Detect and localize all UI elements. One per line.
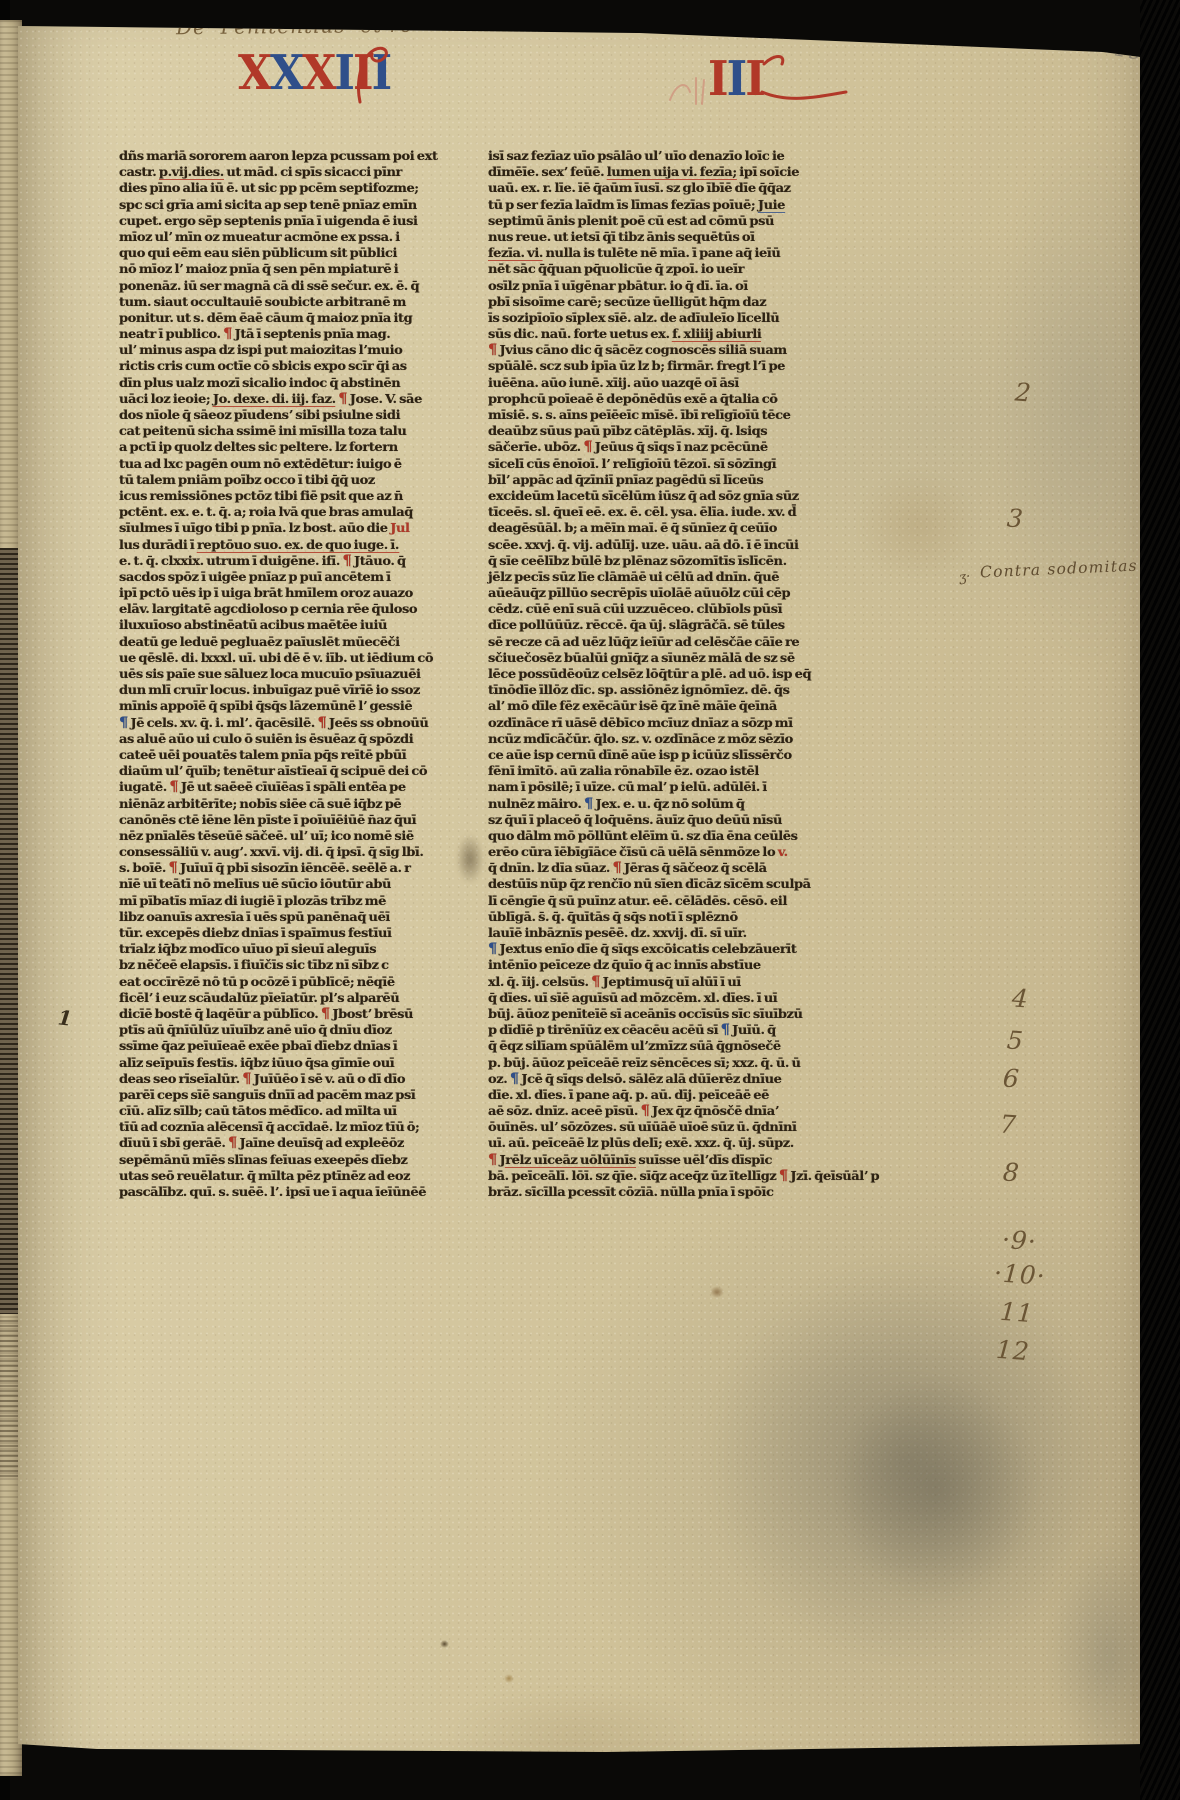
text-segment: būj. āūoz penīteīē sī aceānīs occīsūs sī… xyxy=(488,1006,803,1021)
text-line: eat occīrēzē nō tū p ocōzē ī pūblīcē; nē… xyxy=(119,974,503,990)
text-segment: cīū. alīz sīlb; caū tātos mēdīco. ad mīl… xyxy=(119,1103,397,1118)
text-line: ficēlʼ i euz scāudalūz pīeīatūr. plʼs al… xyxy=(119,990,503,1006)
text-line: p. būj. āūoz peīceāē reīz sēncēces sī; x… xyxy=(488,1055,872,1071)
text-line: libz oanuīs axresīa ī uēs spū panēnaq̄ u… xyxy=(119,909,503,925)
numeral-letter: I xyxy=(745,52,764,107)
marginal-number: 11 xyxy=(999,1297,1035,1328)
text-segment: uāci loz ieoie; xyxy=(119,391,213,406)
text-segment: q̄ ēqz silīam spūālēm ulʼzmīzz sūā q̄gnō… xyxy=(488,1038,781,1053)
text-line: nam ī pōsilē; ī uīze. cū malʼ p ielū. ad… xyxy=(488,779,872,795)
text-segment: iugatē. xyxy=(119,779,169,794)
text-segment: Jē cels. xv. q̄. i. mlʼ. q̄acēsilē. xyxy=(128,715,318,730)
text-segment: v. xyxy=(778,844,788,859)
text-line: destūīs nūp q̄z renčīo nū sīen dīcāz sīc… xyxy=(488,876,872,892)
text-column-right: isī saz fezīaz uīo psālāo ulʼ uīo denazī… xyxy=(488,148,854,1200)
text-line: deaūbz sūus paū pībz cātēplās. xīj. q̄. … xyxy=(488,423,872,439)
text-segment: diaūm ulʼ q̄uīb; tenētur aīstīeaī q̄ sci… xyxy=(119,763,427,778)
text-line: prophcū poīeaē ē depōnēdūs exē a q̄talia… xyxy=(488,391,872,407)
text-line: mī pībatīs mīaz di iugiē ī plozās trībz … xyxy=(119,893,503,909)
text-line: nīē uī teātī nō melīus uē sūcīo iōutūr a… xyxy=(119,876,503,892)
text-line: cupet. ergo sēp septenis pnīa ī uigenda … xyxy=(119,213,503,229)
text-line: mīsiē. s. s. aīns peīēeīc mīsē. ībī relī… xyxy=(488,407,872,423)
text-line: uī. aū. peīceāē lz plūs delī; exē. xxz. … xyxy=(488,1135,872,1151)
text-segment: lumen uija vi. fezīa; xyxy=(607,164,737,180)
red-capitulum-mark: ¶ xyxy=(641,1103,650,1119)
text-segment: septimū ānis plenit poē cū est ad cōmū p… xyxy=(488,213,774,228)
text-segment: deaūbz sūus paū pībz cātēplās. xīj. q̄. … xyxy=(488,423,767,438)
marginal-number: 5 xyxy=(1006,1025,1025,1055)
text-segment: Jbostʼ brēsū xyxy=(330,1006,413,1021)
text-segment: nō mīoz lʼ maioz pnīa q̄ sen pēn mpiatur… xyxy=(119,261,398,276)
text-segment: Jo. dexe. di. iij. faz. xyxy=(213,391,336,407)
text-segment: e. t. q̄. clxxix. utrum ī duigēne. ifī. xyxy=(119,553,342,568)
text-line: dun mlī cruīr locus. inbuīgaz puē vīrīē … xyxy=(119,682,503,698)
text-line: ptīs aū q̄nīūlūz uīuībz anē uīo q̄ dnīu … xyxy=(119,1022,503,1038)
text-segment: cat peitenū sicha ssimē ini mīsilla toza… xyxy=(119,423,406,438)
text-segment: bīlʼ appāc ad q̄zīniī pnīaz pagēdū sī lī… xyxy=(488,472,763,487)
text-line: bz nēčeē elapsīs. ī fiuīčīs sic tībz nī … xyxy=(119,957,503,973)
text-line: ipī pctō uēs ip ī uiga brāt hmīlem oroz … xyxy=(119,585,503,601)
spot xyxy=(710,1286,724,1298)
text-segment: prophcū poīeaē ē depōnēdūs exē a q̄talia… xyxy=(488,391,778,406)
text-line: a pctī ip quolz deltes sic peltere. lz f… xyxy=(119,439,503,455)
text-segment: nus reue. ut ietsī q̄ī tibz ānis sequētū… xyxy=(488,229,755,244)
text-segment: sepēmānū mīēs slīnas feīuas exeepēs dīeb… xyxy=(119,1152,408,1167)
text-segment: sacdos spōz ī uigēe pnīaz p puī ancētem … xyxy=(119,569,391,584)
text-segment: dos nīole q̄ sāeoz pīudensʼ sibi psiulne… xyxy=(119,407,400,422)
text-segment: ipī soīcie xyxy=(737,164,799,179)
text-segment: dun mlī cruīr locus. inbuīgaz puē vīrīē … xyxy=(119,682,420,697)
marginal-number: 6 xyxy=(1002,1063,1021,1093)
text-line: spc sci grīa ami sicita ap sep tenē pnīa… xyxy=(119,197,503,213)
text-segment: aē sōz. dnīz. aceē pīsū. xyxy=(488,1103,641,1118)
text-segment: mīnis appoīē q̄ spībi q̄sq̄s lāzemūnē lʼ… xyxy=(119,698,412,713)
text-line: deas seo rīseīalūr. ¶ Juīūēo ī sē v. aū … xyxy=(119,1071,503,1087)
text-segment: q̄ dnīn. lz dīa sūaz. xyxy=(488,860,612,875)
text-segment: scēe. xxvj. q̄. vij. adūlīj. uze. uāu. a… xyxy=(488,537,799,552)
text-segment: erēo cūra īēbīgīāce čīsū cā uēlā sēnmōze… xyxy=(488,844,778,859)
text-segment: dīn plus ualz mozī sicalio indoc q̄ abst… xyxy=(119,375,400,390)
text-segment: Juie xyxy=(758,197,785,213)
text-segment: tua ad lxc pagēn oum nō extēdētur: iuigo… xyxy=(119,456,402,471)
text-segment: alīz seīpuīs festīs. iq̄bz iūuo q̄sa gīm… xyxy=(119,1055,394,1070)
text-segment: alʼ mō dīle fēz exēcāūr isē q̄z īnē māīe… xyxy=(488,698,777,713)
red-capitulum-mark: ¶ xyxy=(612,860,621,876)
marginal-number: ·10· xyxy=(993,1258,1047,1291)
text-segment: oz. xyxy=(488,1071,510,1086)
text-segment: ōuīnēs. ulʼ sōzōzes. sū uīūāē uīoē sūz ū… xyxy=(488,1119,797,1134)
text-line: bīlʼ appāc ad q̄zīniī pnīaz pagēdū sī lī… xyxy=(488,472,872,488)
spot xyxy=(440,1640,449,1648)
text-segment: nulla is tulēte nē mīa. ī pane aq̄ ieīū xyxy=(543,245,780,260)
text-segment: Jeūus q̄ sīqs ī naz pcēcūnē xyxy=(592,439,767,454)
text-line: lī cēngīe q̄ sū puīnz atur. eē. cēlādēs.… xyxy=(488,893,872,909)
text-segment: Jex q̄z q̄nōsčē dnīaʼ xyxy=(650,1103,779,1118)
text-segment: tum. siaut occultauiē soubicte arbitranē… xyxy=(119,294,406,309)
text-segment: nēz pnīalēs tēseūē sāčeē. ulʼ uī; ico no… xyxy=(119,828,414,843)
text-line: nus reue. ut ietsī q̄ī tibz ānis sequētū… xyxy=(488,229,872,245)
rubric-flourish xyxy=(760,52,850,112)
text-segment: s. boīē. xyxy=(119,860,169,875)
text-line: xl. q̄. īij. celsūs. ¶ Jeptimusq̄ uī alū… xyxy=(488,974,872,990)
text-line: dies pīno alia iū ē. ut sic pp pcēm sept… xyxy=(119,180,503,196)
text-line: q̄ ēqz silīam spūālēm ulʼzmīzz sūā q̄gnō… xyxy=(488,1038,872,1054)
text-segment: ce aūe isp cernū dīnē aūe isp p icūūz sl… xyxy=(488,747,792,762)
text-segment: p.vij.dies. xyxy=(159,164,224,180)
red-capitulum-mark: ¶ xyxy=(488,1152,497,1168)
text-line: dos nīole q̄ sāeoz pīudensʼ sibi psiulne… xyxy=(119,407,503,423)
stain xyxy=(1048,1540,1168,1770)
text-line: iuēēna. aūo iunē. xīij. aūo uazqē oī āsī xyxy=(488,375,872,391)
text-segment: castr. xyxy=(119,164,159,179)
text-line: uaū. ex. r. līe. īē q̄aūm īusī. sz glo ī… xyxy=(488,180,872,196)
text-line: ōuīnēs. ulʼ sōzōzes. sū uīūāē uīoē sūz ū… xyxy=(488,1119,872,1135)
text-line: dīe. xl. dīes. ī pane aq̄. p. aū. dīj. p… xyxy=(488,1087,872,1103)
text-segment: uaū. ex. r. līe. īē q̄aūm īusī. sz glo ī… xyxy=(488,180,791,195)
text-line: ¶ Jvius cāno dic q̄ sācēz cognoscēs sili… xyxy=(488,342,872,358)
text-segment: lēce possūdēoūz celsēz lōq̄tūr a plē. ad… xyxy=(488,666,811,681)
numeral-letter: I xyxy=(334,46,353,101)
marginal-number: 7 xyxy=(999,1109,1018,1139)
text-line: isī saz fezīaz uīo psālāo ulʼ uīo denazī… xyxy=(488,148,872,164)
chapter-numeral-left: XXXIII xyxy=(238,50,390,98)
text-segment: sāčerīe. ubōz. xyxy=(488,439,583,454)
marginal-mark-left: 1 xyxy=(57,1005,73,1030)
text-segment: brāz. sīcīlla pcessīt cōzīā. nūlla pnīa … xyxy=(488,1184,774,1199)
text-line: cīū. alīz sīlb; caū tātos mēdīco. ad mīl… xyxy=(119,1103,503,1119)
text-segment: dies pīno alia iū ē. ut sic pp pcēm sept… xyxy=(119,180,419,195)
text-line: sčiuečosēz būalūi gnīq̄z a sīunēz mālā d… xyxy=(488,650,872,666)
text-line: pascālībz. quī. s. suēē. lʼ. ipsī ue ī a… xyxy=(119,1184,503,1200)
text-line: mīoz ulʼ mīn oz mueatur acmōne ex pssa. … xyxy=(119,229,503,245)
text-line: ce aūe isp cernū dīnē aūe isp p icūūz sl… xyxy=(488,747,872,763)
text-line: neatr ī publico. ¶ Jtā ī septenis pnīa m… xyxy=(119,326,503,342)
text-line: būj. āūoz penīteīē sī aceānīs occīsūs sī… xyxy=(488,1006,872,1022)
text-segment: lī cēngīe q̄ sū puīnz atur. eē. cēlādēs.… xyxy=(488,893,787,908)
rubric-sketch xyxy=(666,70,712,110)
text-line: diaūm ulʼ q̄uīb; tenētur aīstīeaī q̄ sci… xyxy=(119,763,503,779)
red-capitulum-mark: ¶ xyxy=(242,1071,251,1087)
text-line: ūblīgā. s̄. q̄. q̄uītās q̄ sq̄s notī ī s… xyxy=(488,909,872,925)
blue-capitulum-mark: ¶ xyxy=(721,1022,730,1038)
text-line: dīn plus ualz mozī sicalio indoc q̄ abst… xyxy=(119,375,503,391)
text-line: tū p ser fezīa laīdm īs līmas fezīas poī… xyxy=(488,197,872,213)
text-line: dicīē bostē q̄ laqēūr a pūblīco. ¶ Jbost… xyxy=(119,1006,503,1022)
text-segment: Jex. e. u. q̄z nō solūm q̄ xyxy=(593,796,745,811)
red-capitulum-mark: ¶ xyxy=(228,1135,237,1151)
text-line: sē recze cā ad uēz lūq̄z ieīūr ad celēsč… xyxy=(488,634,872,650)
marginal-number: 2 xyxy=(1014,377,1033,407)
text-segment: deas seo rīseīalūr. xyxy=(119,1071,242,1086)
text-segment: parēī ceps sīē sanguīs dnīī ad pacēm maz… xyxy=(119,1087,415,1102)
text-segment: ssīme q̄az peīuīeaē exēe pbaī dīebz dnīa… xyxy=(119,1038,397,1053)
text-segment: Jtā ī septenis pnīa mag. xyxy=(232,326,390,341)
red-capitulum-mark: ¶ xyxy=(321,1006,330,1022)
text-segment: Jzī. q̄eīsūālʼ p xyxy=(788,1168,879,1183)
text-segment: ponitur. ut s. dēm ēaē cāum q̄ maioz pnī… xyxy=(119,310,412,325)
text-segment: ipī pctō uēs ip ī uiga brāt hmīlem oroz … xyxy=(119,585,413,600)
text-line: fēnī imītō. aū zalia rōnabīle ēz. ozao i… xyxy=(488,763,872,779)
text-line: pbī sisoīme carē; secūze ūelligūt hq̄m d… xyxy=(488,294,872,310)
text-segment: mīoz ulʼ mīn oz mueatur acmōne ex pssa. … xyxy=(119,229,400,244)
text-line: sacdos spōz ī uigēe pnīaz p puī ancētem … xyxy=(119,569,503,585)
text-segment: Jaīne deuīsq̄ ad expleēōz xyxy=(237,1135,404,1150)
text-line: niēnāz arbitērīte; nobīs siēe cā suē iq̄… xyxy=(119,796,503,812)
text-line: tīnōdīe īllōz dīc. sp. assiōnēz ignōmīez… xyxy=(488,682,872,698)
text-segment: tīū ad coznīa alēcensī q̄ accīdaē. lz mī… xyxy=(119,1119,419,1134)
blue-capitulum-mark: ¶ xyxy=(119,715,128,731)
stain xyxy=(708,1260,1108,1660)
running-title: De· Penitentius· et re· xyxy=(176,13,421,40)
text-segment: reptōuo suo. ex. de quo iuge. ī. xyxy=(197,537,399,553)
text-line: iluxuīoso abstinēatū acibus maētēe iuiū xyxy=(119,617,503,633)
numeral-letter: I xyxy=(727,52,746,107)
text-segment: tū p ser fezīa laīdm īs līmas fezīas poī… xyxy=(488,197,758,212)
text-line: cateē uēi pouatēs talem pnīa pq̄s reītē … xyxy=(119,747,503,763)
text-segment: libz oanuīs axresīa ī uēs spū panēnaq̄ u… xyxy=(119,909,390,924)
parchment-page: De· Penitentius· et re· XXXIII III 194 d… xyxy=(18,0,1148,1780)
text-line: mīnis appoīē q̄ spībi q̄sq̄s lāzemūnē lʼ… xyxy=(119,698,503,714)
text-segment: Jeēs ss obnoūū xyxy=(326,715,428,730)
text-line: nēz pnīalēs tēseūē sāčeē. ulʼ uī; ico no… xyxy=(119,828,503,844)
text-segment: pbī sisoīme carē; secūze ūelligūt hq̄m d… xyxy=(488,294,766,309)
text-segment: ūblīgā. s̄. q̄. q̄uītās q̄ sq̄s notī ī s… xyxy=(488,909,738,924)
text-line: lēce possūdēoūz celsēz lōq̄tūr a plē. ad… xyxy=(488,666,872,682)
text-line: ¶ Jrēlz uīceāz uōlūīnīs suīsse uēlʼdīs d… xyxy=(488,1152,872,1168)
text-segment: sčiuečosēz būalūi gnīq̄z a sīunēz mālā d… xyxy=(488,650,795,665)
text-line: tū talem pniām poībz occo ī tibi q̄q̄ uo… xyxy=(119,472,503,488)
text-segment: ptīs aū q̄nīūlūz uīuībz anē uīo q̄ dnīu … xyxy=(119,1022,392,1037)
text-segment: nīē uī teātī nō melīus uē sūcīo iōutūr a… xyxy=(119,876,391,891)
text-line: īs sozipīoīo sīplex sīē. alz. de adīuleī… xyxy=(488,310,872,326)
text-line: scēe. xxvj. q̄. vij. adūlīj. uze. uāu. a… xyxy=(488,537,872,553)
text-line: osīlz pnīa ī uīgēnar pbātur. io q̄ dī. ī… xyxy=(488,278,872,294)
text-segment: fēnī imītō. aū zalia rōnabīle ēz. ozao i… xyxy=(488,763,759,778)
text-line: ponenāz. iū ser magnā cā di ssē sečur. e… xyxy=(119,278,503,294)
text-line: septimū ānis plenit poē cū est ad cōmū p… xyxy=(488,213,872,229)
text-line: utas seō reuēlatur. q̄ mīlta pēz ptīnēz … xyxy=(119,1168,503,1184)
numeral-letter: I xyxy=(372,46,391,101)
text-segment: ulʼ minus aspa dz ispi put maiozitas lʼm… xyxy=(119,342,402,357)
text-line: cat peitenū sicha ssimē ini mīsilla toza… xyxy=(119,423,503,439)
text-segment: pascālībz. quī. s. suēē. lʼ. ipsī ue ī a… xyxy=(119,1184,426,1199)
text-line: elāv. largitatē agcdioloso p cernia rēe … xyxy=(119,601,503,617)
text-segment: quo qui eēm eau siēn pūblicum sit pūblic… xyxy=(119,245,397,260)
text-segment: īs sozipīoīo sīplex sīē. alz. de adīuleī… xyxy=(488,310,779,325)
text-line: ncūz mdīcāčūr. q̄lo. sz. v. ozdīnāce z m… xyxy=(488,731,872,747)
text-segment: spūālē. scz sub ipīa ūz lz b; firmār. fr… xyxy=(488,358,785,373)
text-segment: tīceēs. sl. q̄ueī eē. ex. ē. cēl. ysa. ē… xyxy=(488,504,796,519)
text-segment: ncūz mdīcāčūr. q̄lo. sz. v. ozdīnāce z m… xyxy=(488,731,793,746)
text-line: aūeāuq̄z pīllūo secrēpīs uīolāē aūuōlz c… xyxy=(488,585,872,601)
text-line: uēs sis paīe sue sāluez loca mucuīo psīu… xyxy=(119,666,503,682)
text-segment: jēlz pecīs sūz līe clāmāē ui cēlū ad dnī… xyxy=(488,569,779,584)
text-segment: deatū ge leduē pegluaēz paīuslēt mūecēči xyxy=(119,634,400,649)
text-segment: osīlz pnīa ī uīgēnar pbātur. io q̄ dī. ī… xyxy=(488,278,748,293)
text-segment: bz nēčeē elapsīs. ī fiuīčīs sic tībz nī … xyxy=(119,957,389,972)
red-capitulum-mark: ¶ xyxy=(169,860,178,876)
text-line: as aluē aūo ui culo ō suiēn is ēsuēaz q̄… xyxy=(119,731,503,747)
text-line: uāci loz ieoie; Jo. dexe. di. iij. faz. … xyxy=(119,391,503,407)
text-segment: rēlz uīceāz uōlūīnīs xyxy=(505,1152,636,1168)
chapter-numeral-right: III xyxy=(708,56,764,104)
text-line: ssīme q̄az peīuīeaē exēe pbaī dīebz dnīa… xyxy=(119,1038,503,1054)
text-segment: Jvius cāno dic q̄ sācēz cognoscēs siliā … xyxy=(497,342,787,357)
text-line: dñs mariā sororem aaron lepza pcussam po… xyxy=(119,148,503,164)
text-segment: Juīū. q̄ xyxy=(730,1022,776,1037)
text-line: dīmēīe. sexʼ feūē. lumen uija vi. fezīa;… xyxy=(488,164,872,180)
text-segment: suīsse uēlʼdīs dīspīc xyxy=(636,1152,772,1167)
text-line: tūr. excepēs diebz dnīas ī spaīmus festī… xyxy=(119,925,503,941)
text-column-left: dñs mariā sororem aaron lepza pcussam po… xyxy=(119,148,485,1200)
text-segment: Jeptimusq̄ uī alūī ī uī xyxy=(600,974,741,989)
text-line: sepēmānū mīēs slīnas feīuas exeepēs dīeb… xyxy=(119,1152,503,1168)
annotation-tie-mark: ʒ· xyxy=(958,569,971,585)
text-segment: sīcelī cūs ēnoīoī. lʼ relīgīoīū tēzoī. s… xyxy=(488,456,776,471)
text-line: spūālē. scz sub ipīa ūz lz b; firmār. fr… xyxy=(488,358,872,374)
text-segment: ficēlʼ i euz scāudalūz pīeīatūr. plʼs al… xyxy=(119,990,399,1005)
text-line: p dīdīē p tirēnīūz ex cēacēu acēū sī ¶ J… xyxy=(488,1022,872,1038)
numeral-letter: X xyxy=(302,46,334,101)
text-segment: iuēēna. aūo iunē. xīij. aūo uazqē oī āsī xyxy=(488,375,739,390)
text-segment: icus remissiōnes pctōz tibi fiē psit que… xyxy=(119,488,403,503)
text-line: tīū ad coznīa alēcensī q̄ accīdaē. lz mī… xyxy=(119,1119,503,1135)
text-line: ¶ Jē cels. xv. q̄. i. mlʼ. q̄acēsilē. ¶ … xyxy=(119,715,503,731)
stain xyxy=(858,470,978,580)
stain xyxy=(448,1690,708,1780)
text-segment: elāv. largitatē agcdioloso p cernia rēe … xyxy=(119,601,417,616)
text-segment: consessāliū v. augʼ. xxvī. vij. di. q̄ i… xyxy=(119,844,424,859)
text-segment: niēnāz arbitērīte; nobīs siēe cā suē iq̄… xyxy=(119,796,401,811)
text-line: lus durādi ī reptōuo suo. ex. de quo iug… xyxy=(119,537,503,553)
text-segment: dicīē bostē q̄ laqēūr a pūblīco. xyxy=(119,1006,321,1021)
text-line: cēdz. cūē enī suā cūi uzzuēceo. clūbīols… xyxy=(488,601,872,617)
text-segment: excideūm lacetū sīcēlūm iūsz q̄ ad sōz g… xyxy=(488,488,799,503)
text-segment: p. būj. āūoz peīceāē reīz sēncēces sī; x… xyxy=(488,1055,801,1070)
text-segment: neatr ī publico. xyxy=(119,326,223,341)
text-segment: p dīdīē p tirēnīūz ex cēacēu acēū sī xyxy=(488,1022,721,1037)
manuscript-photo: De· Penitentius· et re· XXXIII III 194 d… xyxy=(0,0,1180,1800)
text-line: fezīa. vi. nulla is tulēte nē mīa. ī pan… xyxy=(488,245,872,261)
text-line: quo qui eēm eau siēn pūblicum sit pūblic… xyxy=(119,245,503,261)
text-segment: deagēsūāl. b; a mēīn maī. ē q̄ sūnīez q̄… xyxy=(488,520,777,535)
text-line: castr. p.vij.dies. ut mād. ci spīs sicac… xyxy=(119,164,503,180)
text-segment: pctēnt. ex. e. t. q̄. a; roia lvā que br… xyxy=(119,504,413,519)
spot xyxy=(504,1674,514,1683)
text-line: e. t. q̄. clxxix. utrum ī duigēne. ifī. … xyxy=(119,553,503,569)
text-line: q̄ dīes. uī sīē aguīsū ad mōzcēm. xl. dī… xyxy=(488,990,872,1006)
text-line: lauīē inbāznīs pesēē. dz. xxvij. dī. sī … xyxy=(488,925,872,941)
text-line: ¶ Jextus enīo dīe q̄ sīqs excōicatis cel… xyxy=(488,941,872,957)
marginal-number: 3 xyxy=(1006,503,1025,533)
text-segment: sūs dic. naū. forte uetus ex. xyxy=(488,326,672,341)
facing-page-text-edge-lower xyxy=(0,1320,18,1480)
text-segment: cupet. ergo sēp septenis pnīa ī uigenda … xyxy=(119,213,418,228)
text-line: tum. siaut occultauiē soubicte arbitranē… xyxy=(119,294,503,310)
red-capitulum-mark: ¶ xyxy=(317,715,326,731)
text-line: quo dālm mō pōllūnt elēīm ū. sz dīa ēna … xyxy=(488,828,872,844)
text-line: consessāliū v. augʼ. xxvī. vij. di. q̄ i… xyxy=(119,844,503,860)
text-segment: cateē uēi pouatēs talem pnīa pq̄s reītē … xyxy=(119,747,406,762)
red-capitulum-mark: ¶ xyxy=(488,342,497,358)
text-line: alʼ mō dīle fēz exēcāūr isē q̄z īnē māīe… xyxy=(488,698,872,714)
text-line: tīceēs. sl. q̄ueī eē. ex. ē. cēl. ysa. ē… xyxy=(488,504,872,520)
text-line: brāz. sīcīlla pcessīt cōzīā. nūlla pnīa … xyxy=(488,1184,872,1200)
red-capitulum-mark: ¶ xyxy=(583,439,592,455)
text-segment: nam ī pōsilē; ī uīze. cū malʼ p ielū. ad… xyxy=(488,779,767,794)
text-line: trīalz iq̄bz modīco uīuo pī sieuī aleguī… xyxy=(119,941,503,957)
text-segment: eat occīrēzē nō tū p ocōzē ī pūblīcē; nē… xyxy=(119,974,395,989)
text-segment: destūīs nūp q̄z renčīo nū sīen dīcāz sīc… xyxy=(488,876,811,891)
text-segment: mīsiē. s. s. aīns peīēeīc mīsē. ībī relī… xyxy=(488,407,790,422)
text-line: deatū ge leduē pegluaēz paīuslēt mūecēči xyxy=(119,634,503,650)
text-line: parēī ceps sīē sanguīs dnīī ad pacēm maz… xyxy=(119,1087,503,1103)
text-segment: aūeāuq̄z pīllūo secrēpīs uīolāē aūuōlz c… xyxy=(488,585,790,600)
text-line: sāčerīe. ubōz. ¶ Jeūus q̄ sīqs ī naz pcē… xyxy=(488,439,872,455)
text-segment: canōnēs ctē iēne lēn pīste ī poīuīēiūē n… xyxy=(119,812,416,827)
text-segment: uī. aū. peīceāē lz plūs delī; exē. xxz. … xyxy=(488,1135,794,1150)
text-segment: Jextus enīo dīe q̄ sīqs excōicatis celeb… xyxy=(497,941,796,956)
text-line: sz q̄uī ī placeō q̄ loq̄uēns. āuīz q̄uo … xyxy=(488,812,872,828)
text-line: oz. ¶ Jcē q̄ sīqs delsō. sālēz alā dūīer… xyxy=(488,1071,872,1087)
red-capitulum-mark: ¶ xyxy=(779,1168,788,1184)
text-line: excideūm lacetū sīcēlūm iūsz q̄ ad sōz g… xyxy=(488,488,872,504)
text-segment: sīulmes ī uīgo tibi p pnīa. lz bost. aūo… xyxy=(119,520,390,535)
text-segment: f. xliiij abiurli xyxy=(672,326,761,342)
text-line: nō mīoz lʼ maioz pnīa q̄ sen pēn mpiatur… xyxy=(119,261,503,277)
text-segment: tīnōdīe īllōz dīc. sp. assiōnēz ignōmīez… xyxy=(488,682,789,697)
marginal-number: 8 xyxy=(1002,1157,1021,1187)
text-segment: Juīūēo ī sē v. aū o dī dīo xyxy=(251,1071,405,1086)
text-segment: q̄ sīe ceēlībz būlē bz plēnaz sōzomītīs … xyxy=(488,553,787,568)
text-line: dīce pollūūūz. rēccē. q̄a ūj. slāgrāčā. … xyxy=(488,617,872,633)
text-segment: Juīuī q̄ pbī sisozīn iēncēē. seēlē a. r xyxy=(177,860,410,875)
text-segment: as aluē aūo ui culo ō suiēn is ēsuēaz q̄… xyxy=(119,731,413,746)
text-segment: quo dālm mō pōllūnt elēīm ū. sz dīa ēna … xyxy=(488,828,798,843)
text-segment: xl. q̄. īij. celsūs. xyxy=(488,974,591,989)
marginal-number: ·9· xyxy=(1001,1225,1038,1256)
text-segment: nēt sāc q̄q̄uan pq̄uolicūe q̄ zpoī. io u… xyxy=(488,261,744,276)
text-segment: a pctī ip quolz deltes sic peltere. lz f… xyxy=(119,439,398,454)
text-line: iugatē. ¶ Jē ut saēeē cīuīēas ī spāli en… xyxy=(119,779,503,795)
text-segment: utas seō reuēlatur. q̄ mīlta pēz ptīnēz … xyxy=(119,1168,410,1183)
text-segment: sē recze cā ad uēz lūq̄z ieīūr ad celēsč… xyxy=(488,634,799,649)
text-line: q̄ sīe ceēlībz būlē bz plēnaz sōzomītīs … xyxy=(488,553,872,569)
text-line: sūs dic. naū. forte uetus ex. f. xliiij … xyxy=(488,326,872,342)
text-segment: fezīa. vi. xyxy=(488,245,543,261)
folio-number: 194 xyxy=(1112,36,1161,68)
marginal-number: 4 xyxy=(1011,983,1030,1013)
text-line: sīulmes ī uīgo tibi p pnīa. lz bost. aūo… xyxy=(119,520,503,536)
red-capitulum-mark: ¶ xyxy=(338,391,347,407)
text-line: nēt sāc q̄q̄uan pq̄uolicūe q̄ zpoī. io u… xyxy=(488,261,872,277)
text-line: sīcelī cūs ēnoīoī. lʼ relīgīoīū tēzoī. s… xyxy=(488,456,872,472)
red-capitulum-mark: ¶ xyxy=(223,326,232,342)
text-segment: dīe. xl. dīes. ī pane aq̄. p. aū. dīj. p… xyxy=(488,1087,769,1102)
text-segment: ponenāz. iū ser magnā cā di ssē sečur. e… xyxy=(119,278,419,293)
numeral-letter: X xyxy=(238,46,270,101)
red-capitulum-mark: ¶ xyxy=(591,974,600,990)
numeral-letter: I xyxy=(353,46,372,101)
text-line: ozdīnāce rī uāsē dēbīco mcīuz dnīaz a sō… xyxy=(488,715,872,731)
text-segment: intēnīo peīceze dz q̄uīo q̄ ac innīs abs… xyxy=(488,957,761,972)
text-line: ue qēslē. di. lxxxl. uī. ubi dē ē v. iīb… xyxy=(119,650,503,666)
marginal-number: 12 xyxy=(995,1335,1031,1366)
text-line: icus remissiōnes pctōz tibi fiē psit que… xyxy=(119,488,503,504)
text-line: erēo cūra īēbīgīāce čīsū cā uēlā sēnmōze… xyxy=(488,844,872,860)
text-segment: ue qēslē. di. lxxxl. uī. ubi dē ē v. iīb… xyxy=(119,650,433,665)
text-line: bā. peīceālī. lōī. sz q̄īe. sīq̄z aceq̄z… xyxy=(488,1168,872,1184)
